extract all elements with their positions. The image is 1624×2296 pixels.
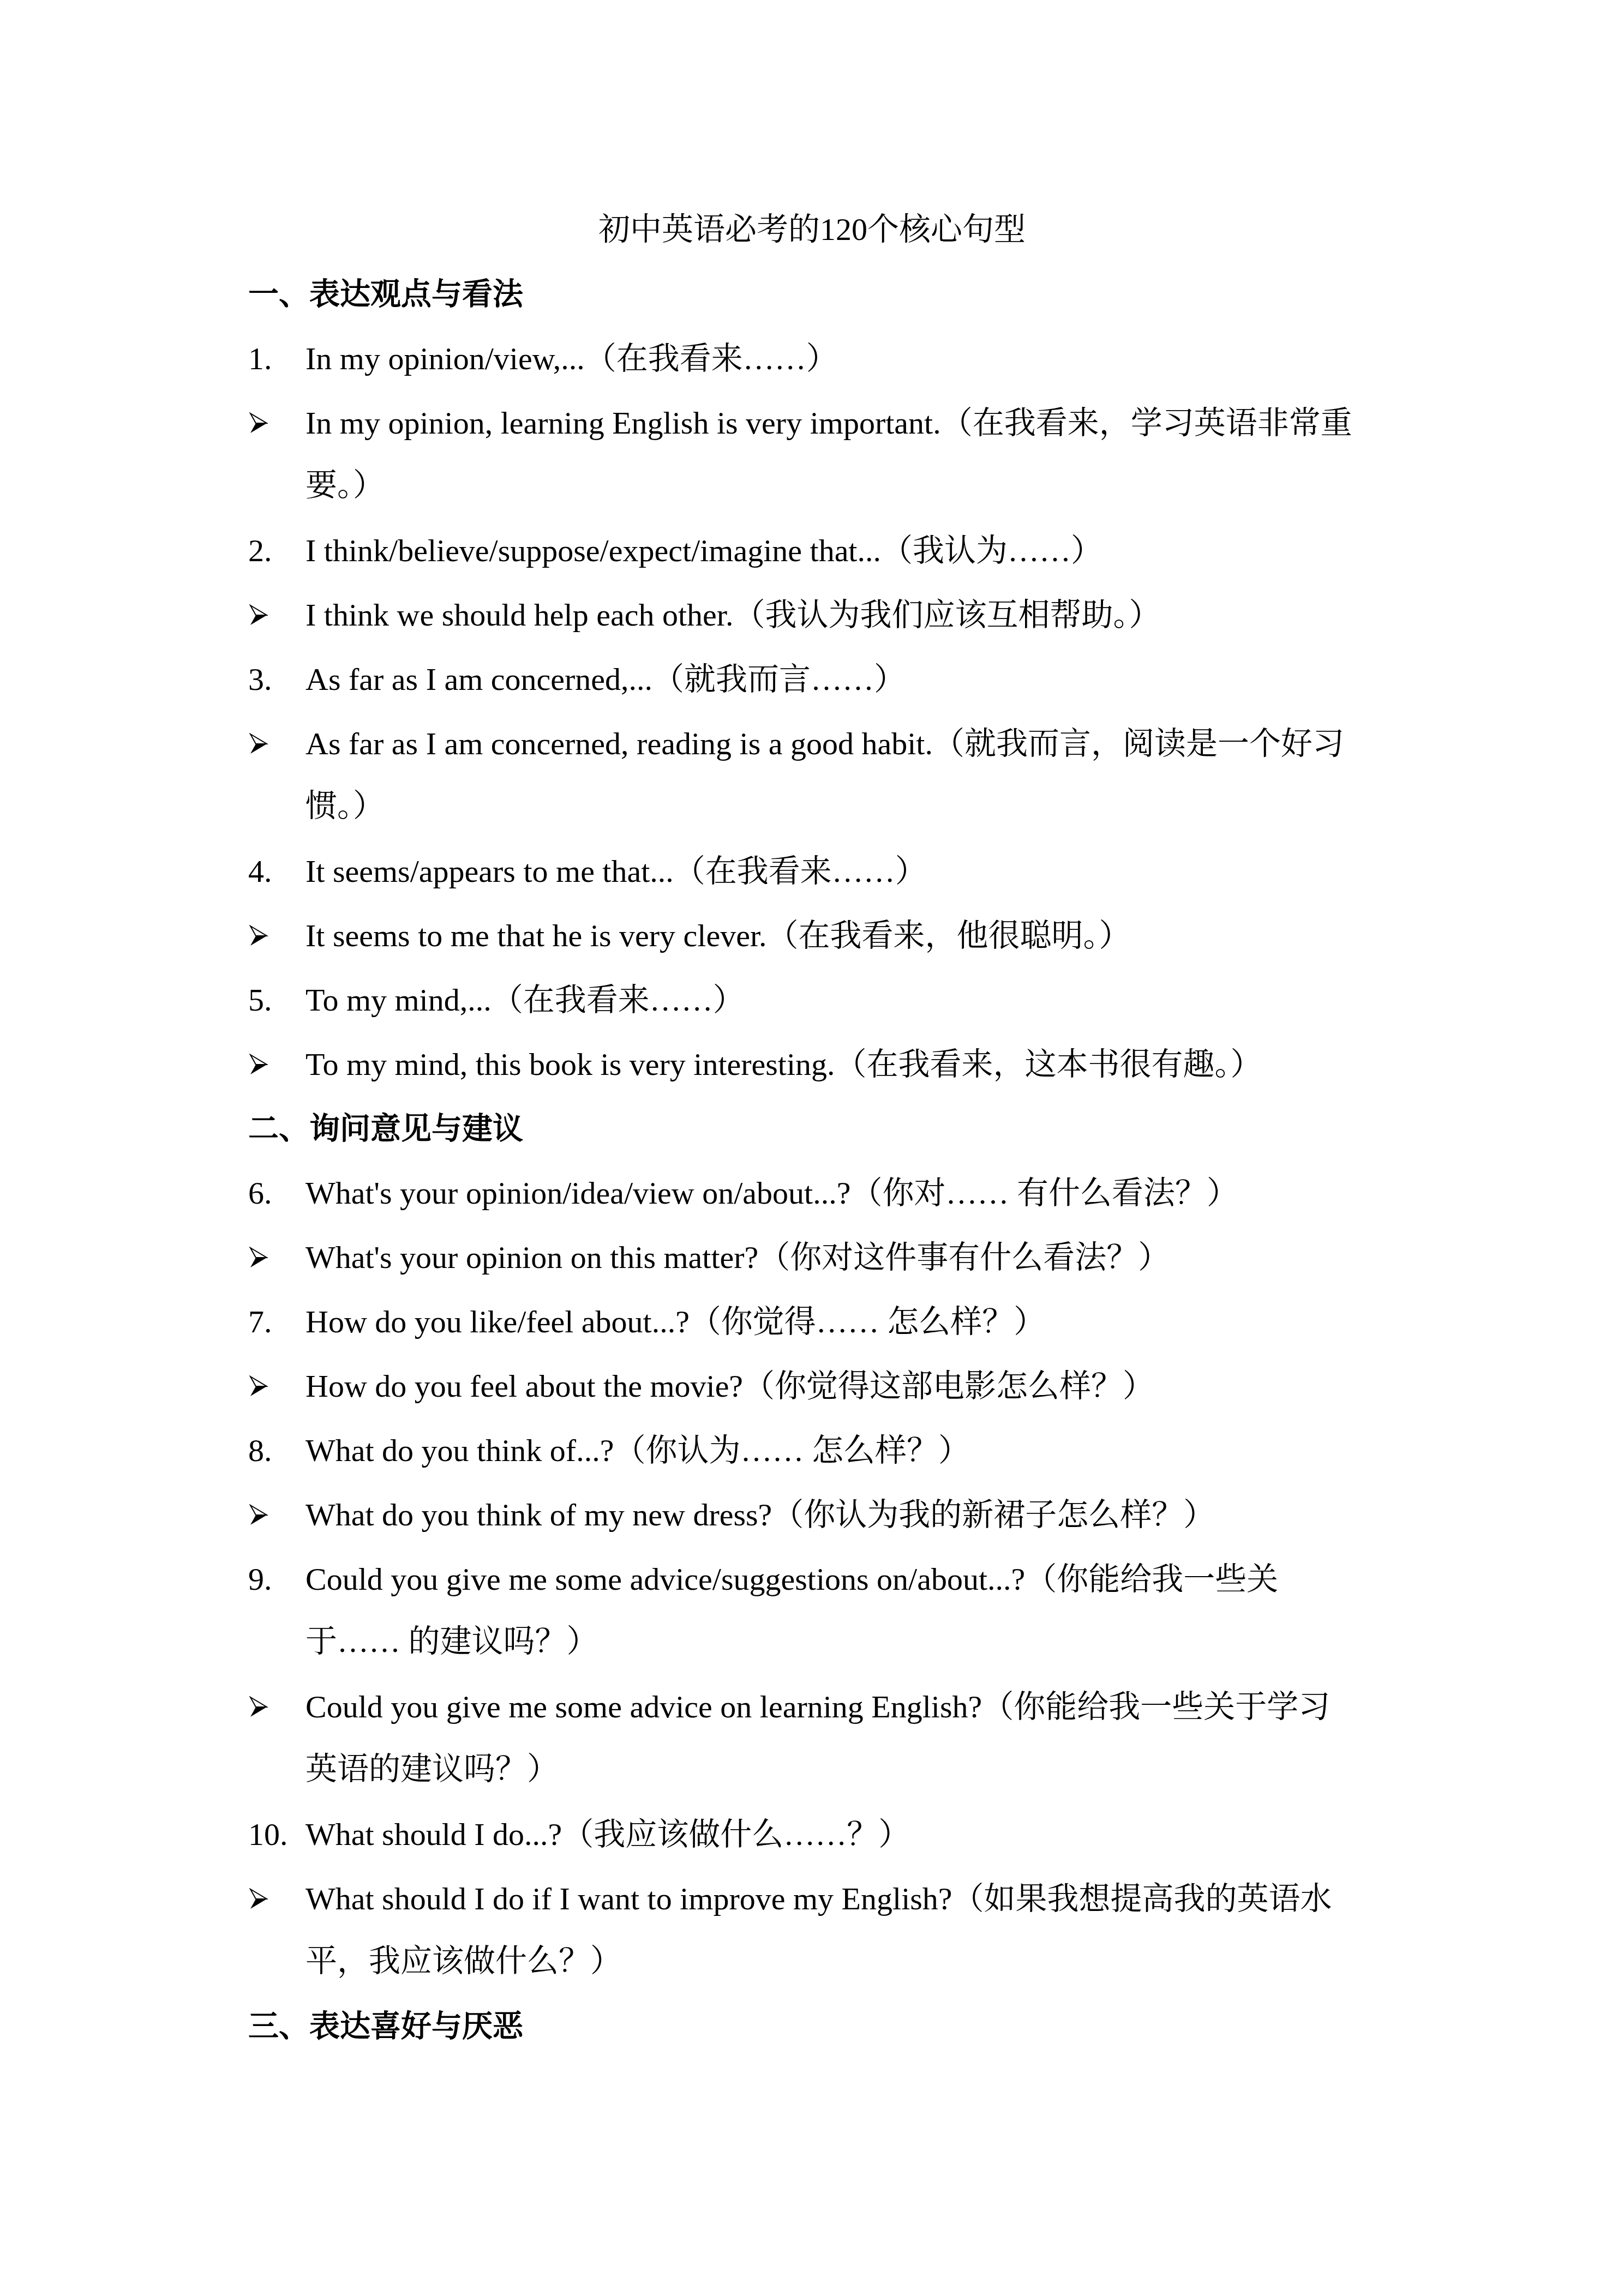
example-text: In my opinion, learning English is very … xyxy=(305,402,1352,444)
item-number: 1. xyxy=(248,338,272,380)
item-number: 7. xyxy=(248,1301,272,1343)
arrow-bullet-icon xyxy=(249,604,268,626)
pattern-text: To my mind,...（在我看来……） xyxy=(305,979,745,1021)
arrow-bullet-icon xyxy=(249,1696,268,1718)
example-text: What's your opinion on this matter?（你对这件… xyxy=(305,1237,1170,1278)
example-text-cont: 惯。） xyxy=(305,785,385,827)
example-text: As far as I am concerned, reading is a g… xyxy=(305,723,1344,765)
pattern-text: I think/believe/suppose/expect/imagine t… xyxy=(305,530,1102,572)
item-number: 9. xyxy=(248,1559,272,1600)
item-number: 8. xyxy=(248,1430,272,1471)
example-text: Could you give me some advice on learnin… xyxy=(305,1686,1330,1728)
example-text: I think we should help each other.（我认为我们… xyxy=(305,594,1160,636)
item-number: 2. xyxy=(248,530,272,572)
arrow-bullet-icon xyxy=(249,1247,268,1269)
pattern-text: What's your opinion/idea/view on/about..… xyxy=(305,1173,1238,1214)
example-text: What do you think of my new dress?（你认为我的… xyxy=(305,1494,1215,1536)
pattern-text: It seems/appears to me that...（在我看来……） xyxy=(305,851,927,892)
arrow-bullet-icon xyxy=(249,1054,268,1075)
section-heading: 一、表达观点与看法 xyxy=(248,274,1388,315)
arrow-bullet-icon xyxy=(249,1375,268,1397)
item-number: 10. xyxy=(248,1814,288,1855)
example-text: It seems to me that he is very clever.（在… xyxy=(305,915,1131,957)
item-number: 4. xyxy=(248,851,272,892)
section-heading: 二、询问意见与建议 xyxy=(248,1108,1388,1150)
arrow-bullet-icon xyxy=(249,925,268,947)
example-text-cont: 要。） xyxy=(305,465,385,506)
example-text-cont: 英语的建议吗？） xyxy=(305,1748,559,1790)
example-text: What should I do if I want to improve my… xyxy=(305,1878,1332,1920)
document-page: 初中英语必考的120个核心句型 一、表达观点与看法 1. In my opini… xyxy=(0,0,1624,2296)
arrow-bullet-icon xyxy=(249,1504,268,1526)
pattern-text: What do you think of...?（你认为…… 怎么样？） xyxy=(305,1430,970,1471)
arrow-bullet-icon xyxy=(249,733,268,755)
item-number: 3. xyxy=(248,659,272,700)
item-number: 6. xyxy=(248,1173,272,1214)
document-title: 初中英语必考的120个核心句型 xyxy=(0,209,1624,250)
item-number: 5. xyxy=(248,979,272,1021)
example-text-cont: 平，我应该做什么？） xyxy=(305,1940,622,1982)
pattern-text: In my opinion/view,...（在我看来……） xyxy=(305,338,838,380)
section-heading: 三、表达喜好与厌恶 xyxy=(248,2006,1388,2047)
pattern-text: Could you give me some advice/suggestion… xyxy=(305,1559,1278,1600)
pattern-text: How do you like/feel about...?（你觉得…… 怎么样… xyxy=(305,1301,1045,1343)
example-text: How do you feel about the movie?（你觉得这部电影… xyxy=(305,1366,1154,1407)
pattern-text: What should I do...?（我应该做什么……？） xyxy=(305,1814,910,1855)
arrow-bullet-icon xyxy=(249,1888,268,1910)
pattern-text-cont: 于…… 的建议吗？） xyxy=(305,1621,598,1662)
arrow-bullet-icon xyxy=(249,412,268,434)
pattern-text: As far as I am concerned,...（就我而言……） xyxy=(305,659,906,700)
example-text: To my mind, this book is very interestin… xyxy=(305,1044,1262,1085)
